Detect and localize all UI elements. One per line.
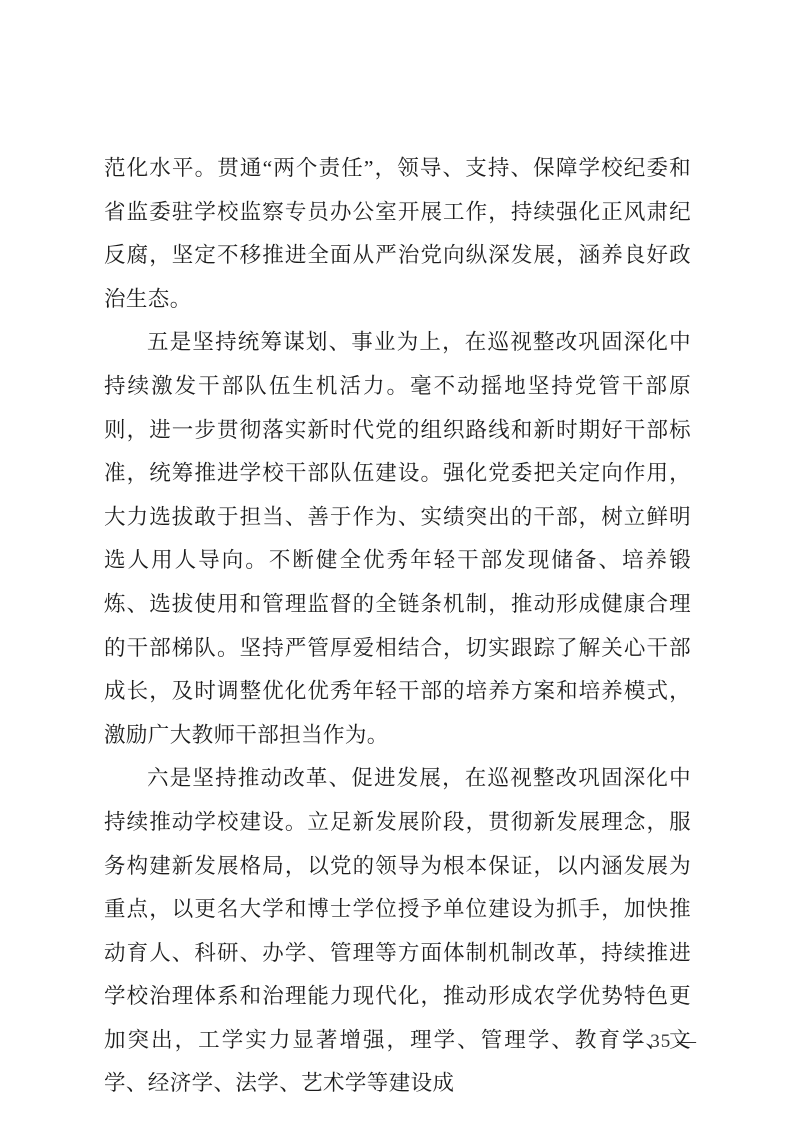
document-page: 范化水平。贯通“两个责任”，领导、支持、保障学校纪委和省监委驻学校监察专员办公室… [0, 0, 793, 1122]
page-number: — 35 — [625, 1031, 698, 1052]
page-footer: — 35 — [497, 1031, 697, 1053]
paragraph-point-five: 五是坚持统筹谋划、事业为上，在巡视整改巩固深化中持续激发干部队伍生机活力。毫不动… [104, 321, 691, 757]
paragraph-continuation: 范化水平。贯通“两个责任”，领导、支持、保障学校纪委和省监委驻学校监察专员办公室… [104, 147, 691, 321]
paragraph-point-six: 六是坚持推动改革、促进发展，在巡视整改巩固深化中持续推动学校建设。立足新发展阶段… [104, 757, 691, 1106]
document-body: 范化水平。贯通“两个责任”，领导、支持、保障学校纪委和省监委驻学校监察专员办公室… [104, 147, 691, 1106]
